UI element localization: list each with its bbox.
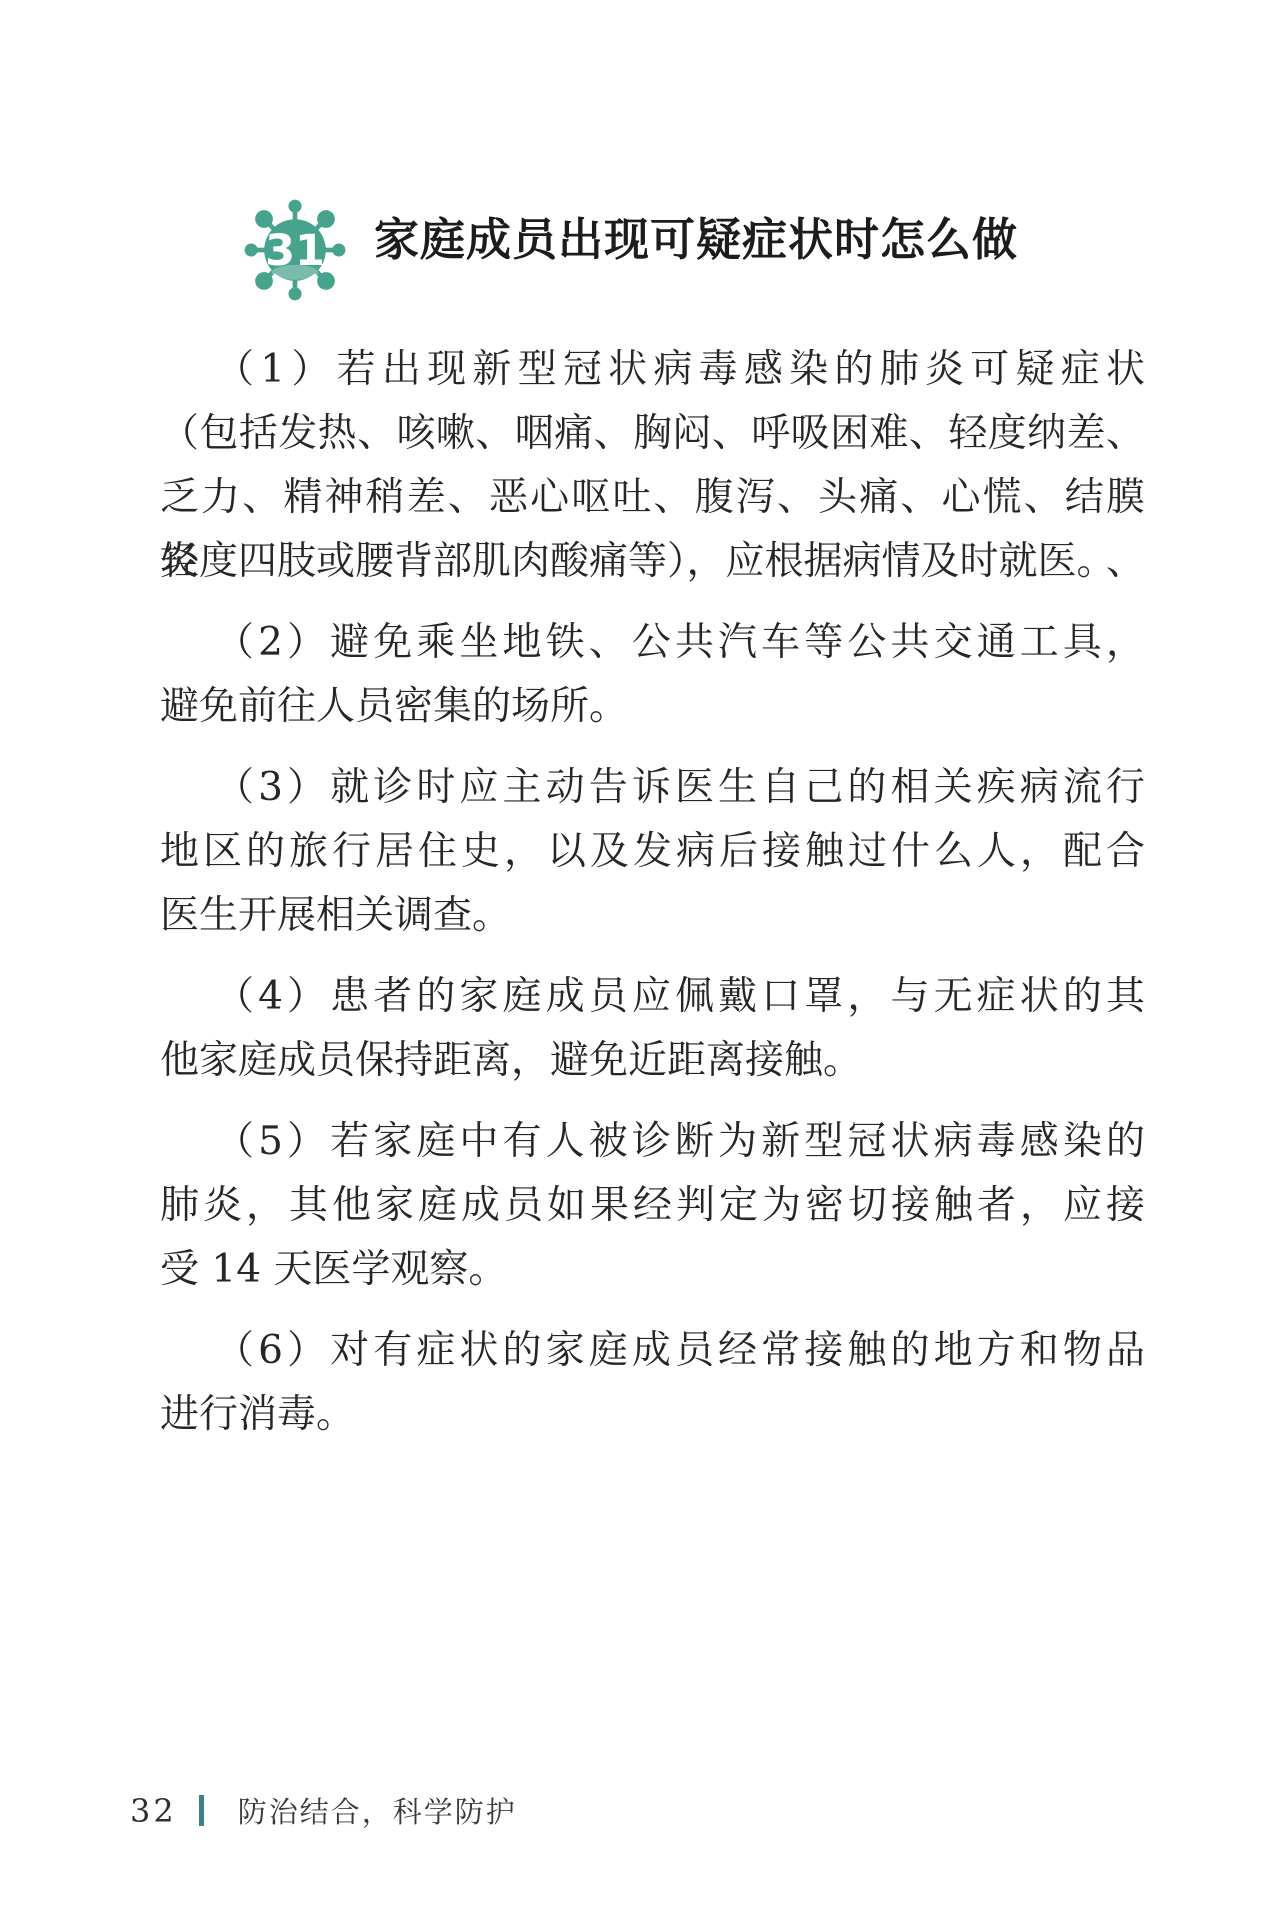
paragraph-6: （6）对有症状的家庭成员经常接触的地方和物品 进行消毒。 [160, 1319, 1145, 1447]
text-line: （3）就诊时应主动告诉医生自己的相关疾病流行 [160, 756, 1145, 820]
text-line: 地区的旅行居住史，以及发病后接触过什么人，配合 [160, 820, 1145, 884]
paragraph-5: （5）若家庭中有人被诊断为新型冠状病毒感染的 肺炎，其他家庭成员如果经判定为密切… [160, 1110, 1145, 1302]
text-line: （4）患者的家庭成员应佩戴口罩，与无症状的其 [160, 965, 1145, 1029]
page-footer: 32 防治结合，科学防护 [130, 1790, 517, 1831]
text-line: 医生开展相关调查。 [160, 884, 1145, 948]
body-text: （1）若出现新型冠状病毒感染的肺炎可疑症状 （包括发热、咳嗽、咽痛、胸闷、呼吸困… [160, 338, 1145, 1464]
text-line: 进行消毒。 [160, 1383, 1145, 1447]
paragraph-4: （4）患者的家庭成员应佩戴口罩，与无症状的其 他家庭成员保持距离，避免近距离接触… [160, 965, 1145, 1093]
page-number: 32 [130, 1792, 177, 1830]
text-line: （2）避免乘坐地铁、公共汽车等公共交通工具， [160, 611, 1145, 675]
text-line: （5）若家庭中有人被诊断为新型冠状病毒感染的 [160, 1110, 1145, 1174]
text-line: 他家庭成员保持距离，避免近距离接触。 [160, 1029, 1145, 1093]
page-title: 家庭成员出现可疑症状时怎么做 [374, 212, 1018, 268]
text-line: 肺炎，其他家庭成员如果经判定为密切接触者，应接 [160, 1174, 1145, 1238]
text-line: 避免前往人员密集的场所。 [160, 675, 1145, 739]
text-line: 乏力、精神稍差、恶心呕吐、腹泻、头痛、心慌、结膜炎、 [160, 466, 1145, 530]
paragraph-2: （2）避免乘坐地铁、公共汽车等公共交通工具， 避免前往人员密集的场所。 [160, 611, 1145, 739]
text-line: （6）对有症状的家庭成员经常接触的地方和物品 [160, 1319, 1145, 1383]
footer-divider [199, 1795, 204, 1826]
paragraph-3: （3）就诊时应主动告诉医生自己的相关疾病流行 地区的旅行居住史，以及发病后接触过… [160, 756, 1145, 948]
footer-title: 防治结合，科学防护 [238, 1790, 517, 1831]
paragraph-1: （1）若出现新型冠状病毒感染的肺炎可疑症状 （包括发热、咳嗽、咽痛、胸闷、呼吸困… [160, 338, 1145, 594]
virus-icon: 31 [239, 194, 351, 306]
text-line: （包括发热、咳嗽、咽痛、胸闷、呼吸困难、轻度纳差、 [160, 402, 1145, 466]
section-number: 31 [265, 226, 325, 276]
text-line: （1）若出现新型冠状病毒感染的肺炎可疑症状 [160, 338, 1145, 402]
text-line: 受 14 天医学观察。 [160, 1238, 1145, 1302]
text-line: 轻度四肢或腰背部肌肉酸痛等），应根据病情及时就医。 [160, 530, 1145, 594]
document-page: 31 家庭成员出现可疑症状时怎么做 （1）若出现新型冠状病毒感染的肺炎可疑症状 … [0, 0, 1280, 1920]
